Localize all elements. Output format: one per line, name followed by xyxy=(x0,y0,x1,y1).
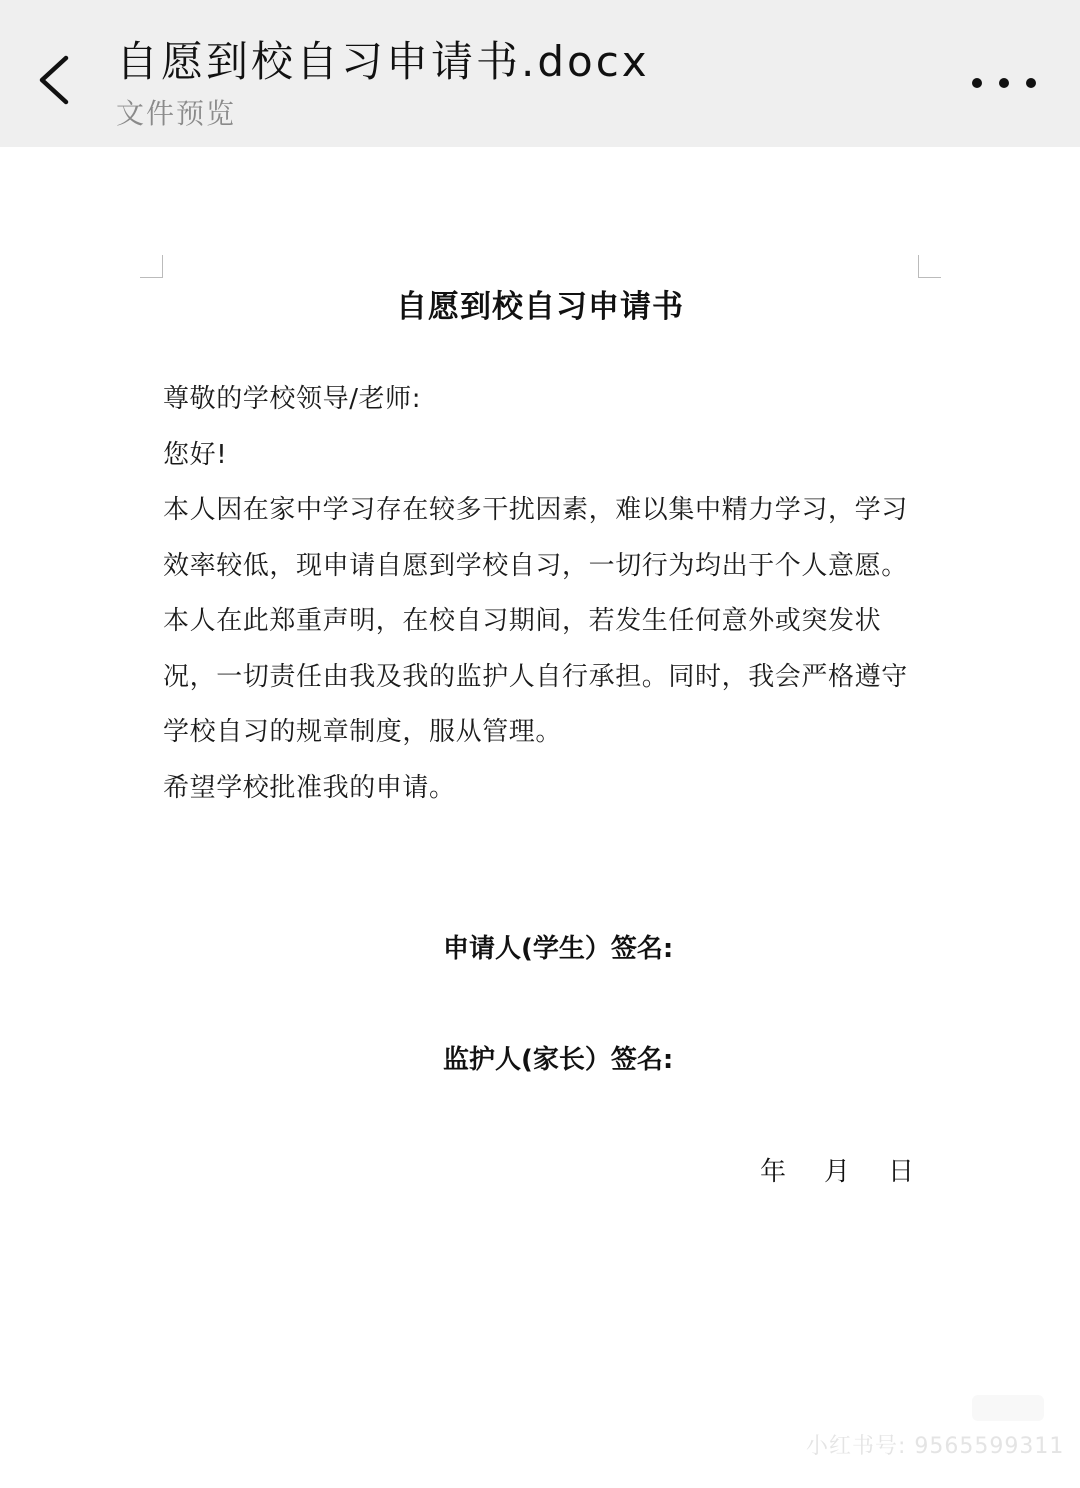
watermark-logo-icon xyxy=(972,1395,1044,1421)
date-line: 年 月 日 xyxy=(760,1152,914,1192)
date-year: 年 xyxy=(760,1152,786,1192)
student-signature-label: 申请人(学生）签名: xyxy=(443,929,673,969)
page-margin-mark-left xyxy=(140,255,163,278)
back-button[interactable] xyxy=(30,50,80,110)
document-preview[interactable]: 自愿到校自习申请书 尊敬的学校领导/老师: 您好! 本人因在家中学习存在较多干扰… xyxy=(0,147,1080,1488)
more-dot-icon xyxy=(1026,78,1036,88)
watermark: 小红书号: 9565599311 xyxy=(806,1429,1064,1460)
paragraph-reason: 本人因在家中学习存在较多干扰因素，难以集中精力学习，学习效率较低，现申请自愿到学… xyxy=(163,483,923,594)
file-preview-label: 文件预览 xyxy=(116,96,236,132)
salutation: 尊敬的学校领导/老师: xyxy=(163,372,923,428)
date-day: 日 xyxy=(888,1152,914,1192)
paragraph-declaration: 本人在此郑重声明，在校自习期间，若发生任何意外或突发状况，一切责任由我及我的监护… xyxy=(163,594,923,761)
document-body: 尊敬的学校领导/老师: 您好! 本人因在家中学习存在较多干扰因素，难以集中精力学… xyxy=(163,372,923,816)
file-title: 自愿到校自习申请书.docx xyxy=(116,36,650,88)
top-bar: 自愿到校自习申请书.docx 文件预览 xyxy=(0,0,1080,147)
more-dot-icon xyxy=(999,78,1009,88)
more-options-button[interactable] xyxy=(972,66,1036,100)
guardian-signature-label: 监护人(家长）签名: xyxy=(443,1040,673,1080)
page-margin-mark-right xyxy=(918,255,941,278)
date-month: 月 xyxy=(824,1152,850,1192)
chevron-left-icon xyxy=(30,50,80,110)
greeting: 您好! xyxy=(163,428,923,484)
more-dot-icon xyxy=(972,78,982,88)
document-title: 自愿到校自习申请书 xyxy=(0,285,1080,329)
paragraph-request: 希望学校批准我的申请。 xyxy=(163,761,923,817)
